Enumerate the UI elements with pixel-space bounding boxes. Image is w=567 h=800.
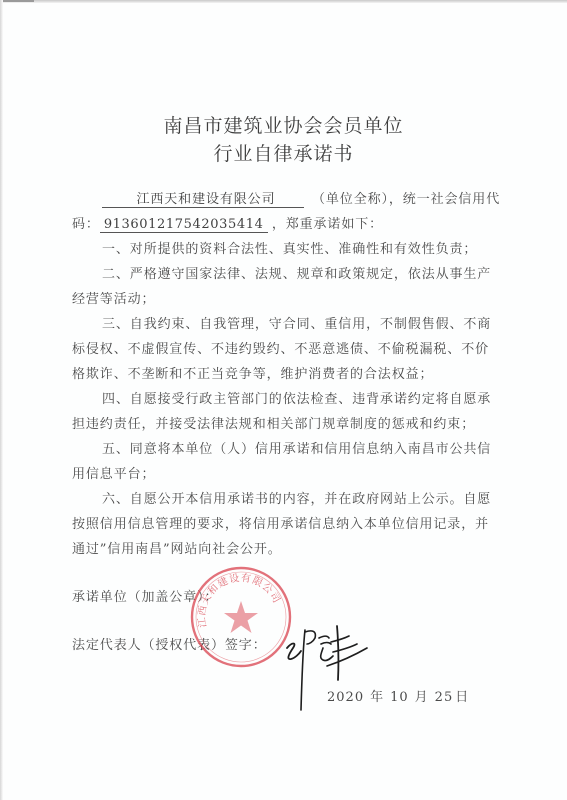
code-label: 码： bbox=[72, 217, 100, 232]
intro-line-2: 码：913601217542035414，郑重承诺如下： bbox=[72, 216, 512, 234]
signing-date: 2020年10月25日 bbox=[327, 686, 475, 705]
commitment-5-line-1: 五、同意将本单位（人）信用承诺和信用信息纳入南昌市公共信 bbox=[72, 441, 542, 459]
date-month-unit: 月 bbox=[415, 690, 429, 705]
commitment-3-line-2: 标侵权、不虚假宣传、不违约毁约、不恶意逃债、不偷税漏税、不价 bbox=[72, 341, 512, 359]
document-subtitle: 行业自律承诺书 bbox=[0, 139, 567, 166]
commitment-2-line-2: 经营等活动； bbox=[72, 291, 512, 309]
company-seal-icon: 江西天和建设有限公司 bbox=[189, 565, 293, 669]
date-day-unit: 日 bbox=[455, 690, 469, 705]
commitment-6-line-2: 按照信用信息管理的要求，将信用承诺信息纳入本单位信用记录，并 bbox=[72, 516, 512, 534]
date-year-unit: 年 bbox=[370, 690, 384, 705]
intro-text-1: （单位全称），统一社会信用代 bbox=[312, 192, 500, 207]
commitment-2-line-1: 二、严格遵守国家法律、法规、规章和政策规定，依法从事生产 bbox=[72, 266, 542, 284]
document-title: 南昌市建筑业协会会员单位 bbox=[0, 111, 567, 138]
commitment-4-line-2: 担违约责任，并接受法律法规和相关部门规章制度的惩戒和约束； bbox=[72, 416, 512, 434]
intro-text-2: ，郑重承诺如下： bbox=[272, 217, 383, 232]
commitment-1-line-1: 一、对所提供的资料合法性、真实性、准确性和有效性负责； bbox=[72, 241, 542, 259]
date-month: 10 bbox=[390, 690, 409, 705]
scanned-page: 南昌市建筑业协会会员单位 行业自律承诺书 江西天和建设有限公司（单位全称），统一… bbox=[0, 0, 567, 800]
commitment-6-line-3: 通过”信用南昌”网站向社会公开。 bbox=[72, 541, 512, 559]
commitment-5-line-2: 用信息平台； bbox=[72, 466, 512, 484]
commitment-4-line-1: 四、自愿接受行政主管部门的依法检查、违背承诺约定将自愿承 bbox=[72, 391, 542, 409]
commitment-6-line-1: 六、自愿公开本信用承诺书的内容，并在政府网站上公示。自愿 bbox=[72, 491, 542, 509]
intro-line-1: 江西天和建设有限公司（单位全称），统一社会信用代 bbox=[72, 191, 542, 209]
scan-edge-top bbox=[0, 0, 567, 3]
scan-edge-mark bbox=[0, 0, 34, 2]
date-day: 25 bbox=[435, 690, 454, 705]
commitment-3-line-1: 三、自我约束、自我管理，守合同、重信用，不制假售假、不商 bbox=[72, 316, 542, 334]
credit-code-field: 913601217542035414 bbox=[100, 217, 268, 233]
commitment-3-line-3: 格欺诈、不垄断和不正当竞争等，维护消费者的合法权益； bbox=[72, 366, 512, 384]
date-year: 2020 bbox=[327, 690, 364, 705]
company-name-field: 江西天和建设有限公司 bbox=[102, 192, 304, 208]
